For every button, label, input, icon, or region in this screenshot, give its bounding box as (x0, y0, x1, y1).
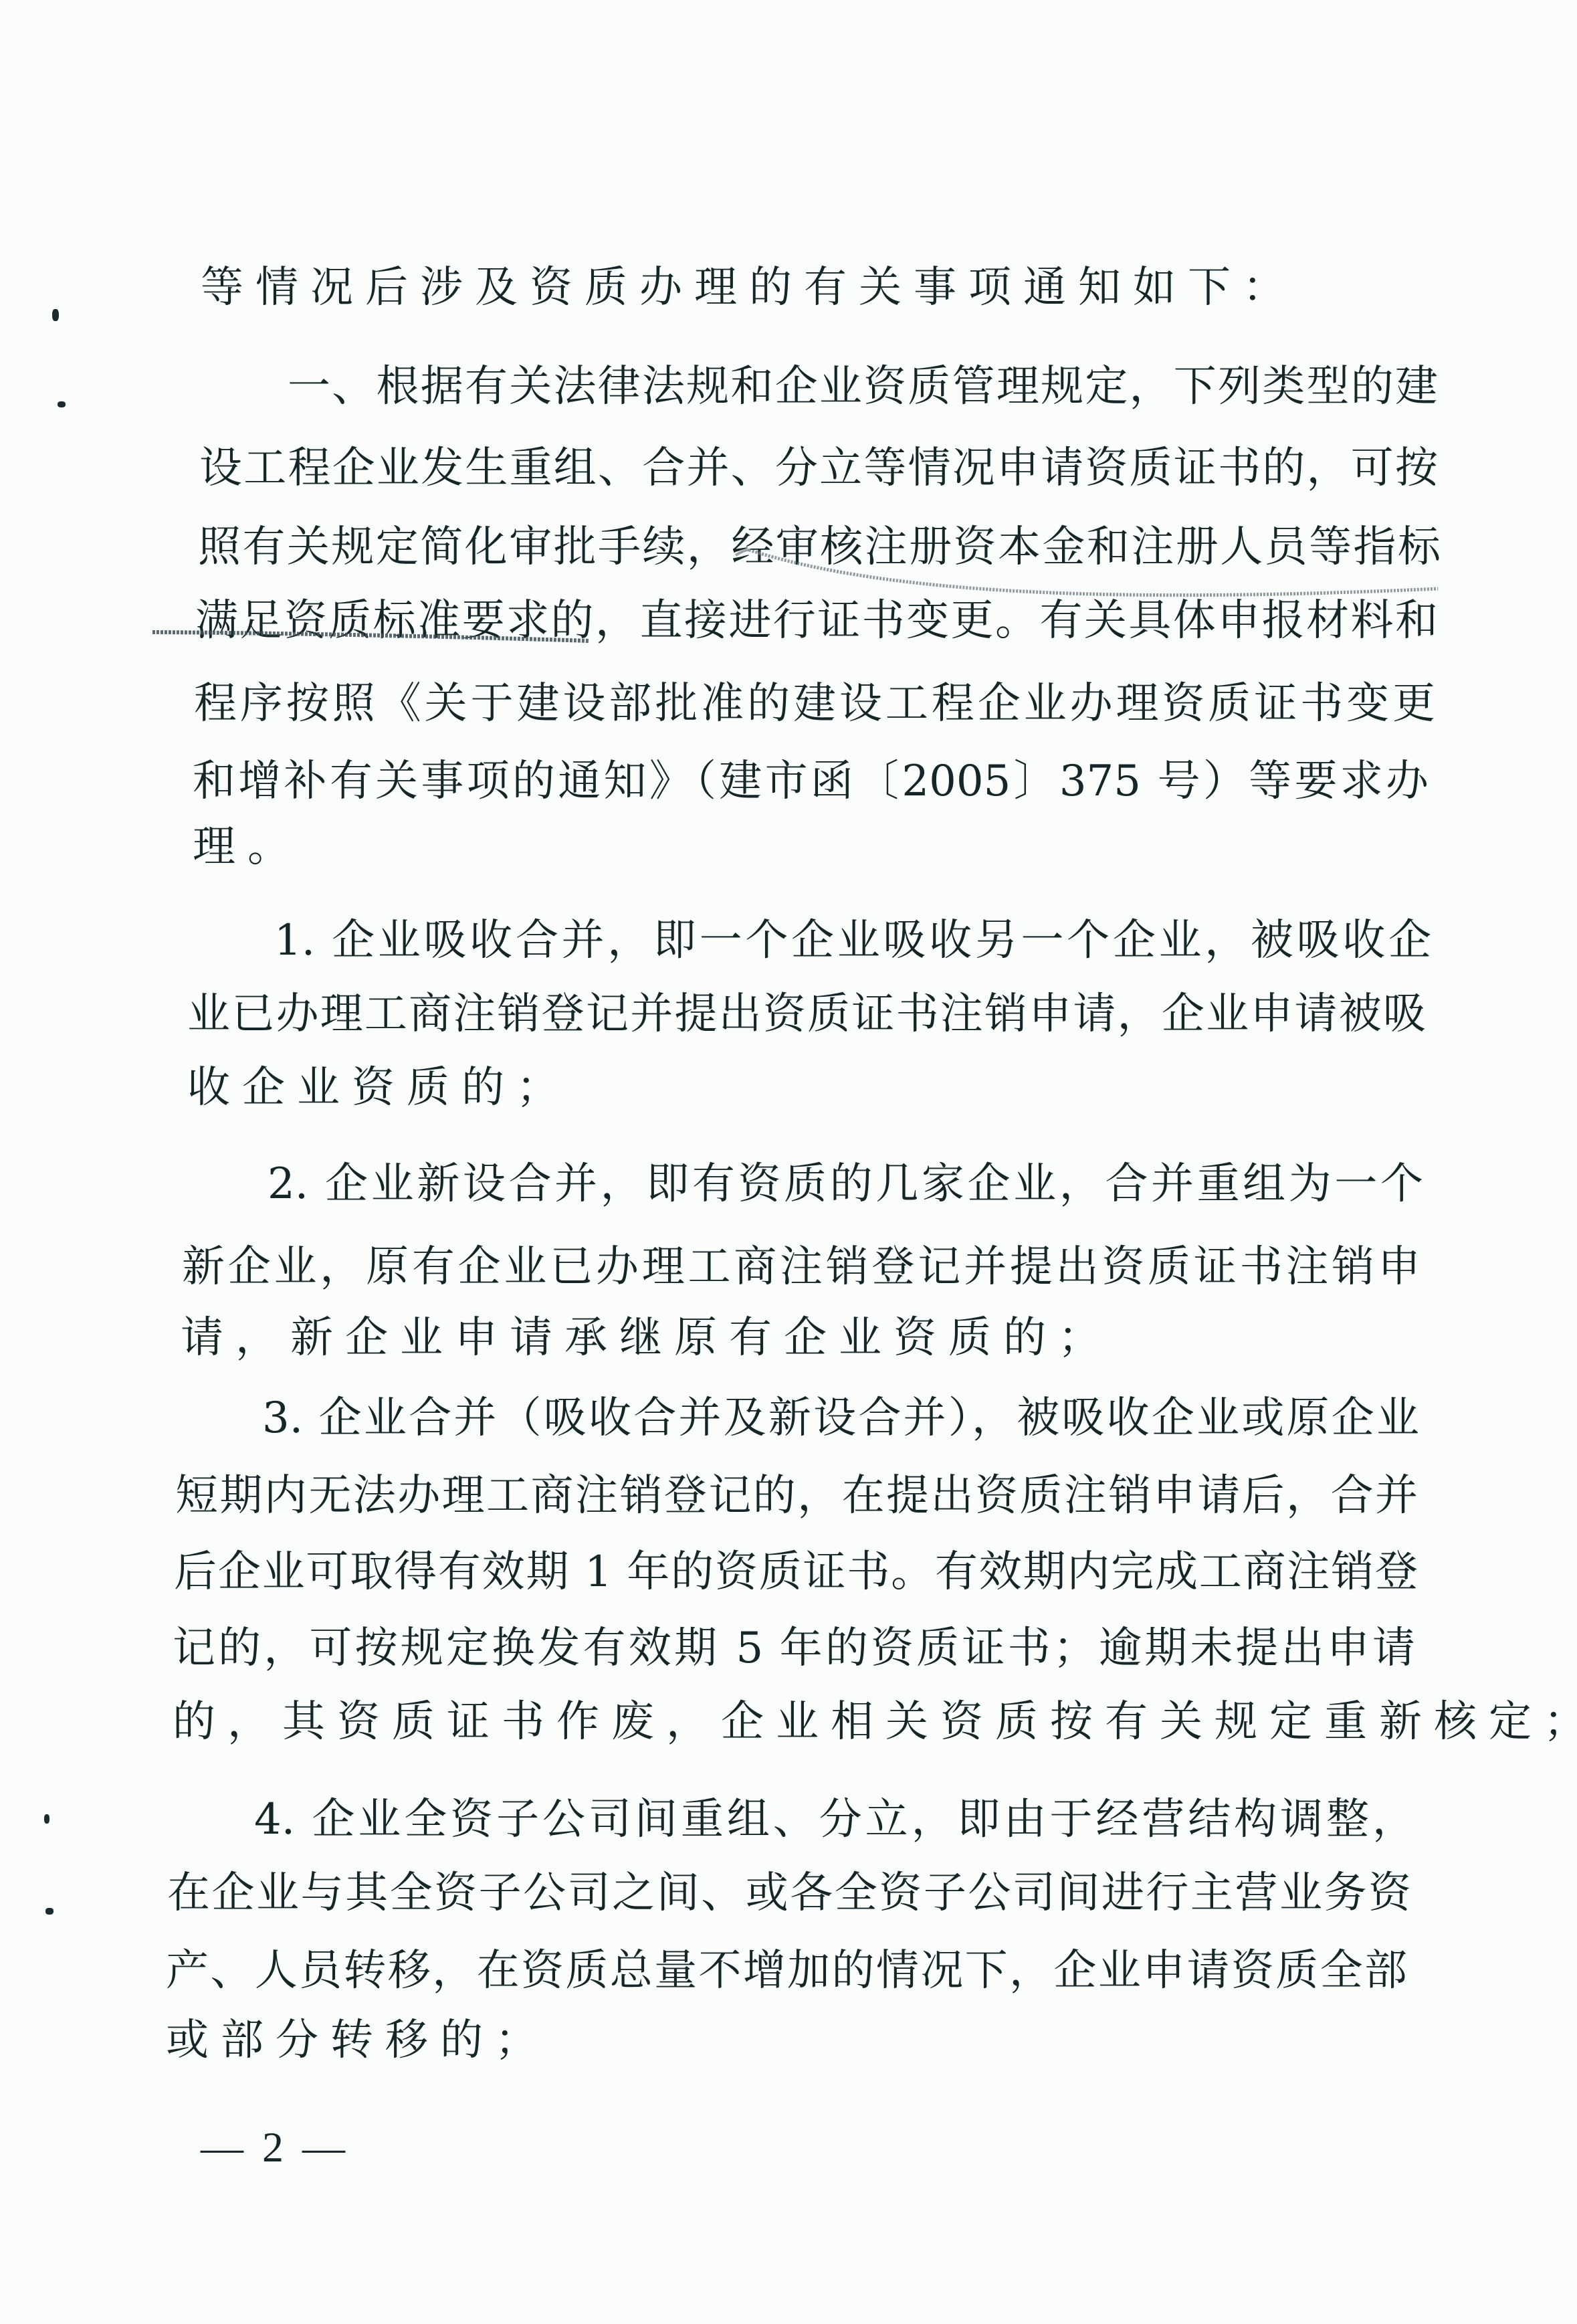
section-1-line: 设工程企业发生重组、合并、分立等情况申请资质证书的，可按 (199, 442, 1438, 495)
section-1-line: 程序按照《关于建设部批准的建设工程企业办理资质证书变更 (194, 677, 1435, 731)
item-3-line: 短期内无法办理工商注销登记的，在提出资质注销申请后，合并 (175, 1469, 1418, 1523)
item-3-line: 3. 企业合并（吸收合并及新设合并），被吸收企业或原企业 (262, 1391, 1419, 1445)
item-1-line: 1. 企业吸收合并，即一个企业吸收另一个企业，被吸收企 (274, 914, 1431, 967)
item-3-line: 后企业可取得有效期 1 年的资质证书。有效期内完成工商注销登 (174, 1545, 1418, 1599)
item-2-line: 请，新企业申请承继原有企业资质的； (181, 1311, 1113, 1365)
item-3-line: 记的，可按规定换发有效期 5 年的资质证书；逾期未提出申请 (173, 1622, 1415, 1675)
item-4-line: 4. 企业全资子公司间重组、分立，即由于经营结构调整， (254, 1793, 1415, 1846)
section-1-line: 照有关规定简化审批手续，经审核注册资本金和注册人员等指标 (198, 520, 1441, 574)
margin-speck (45, 1908, 54, 1915)
page-number: — 2 — (201, 2121, 349, 2174)
margin-speck (44, 1814, 49, 1824)
item-3-line: 的，其资质证书作废，企业相关资质按有关规定重新核定； (173, 1695, 1577, 1749)
scanned-document-page: 等情况后涉及资质办理的有关事项通知如下： 一、根据有关法律法规和企业资质管理规定… (0, 0, 1577, 2324)
item-4-line: 产、人员转移，在资质总量不增加的情况下，企业申请资质全部 (166, 1944, 1407, 1998)
margin-speck (58, 401, 66, 407)
section-1-line: 一、根据有关法律法规和企业资质管理规定，下列类型的建 (288, 360, 1438, 413)
item-4-line: 或部分转移的； (166, 2014, 550, 2067)
item-4-line: 在企业与其全资子公司之间、或各全资子公司间进行主营业务资 (167, 1866, 1411, 1920)
item-2-line: 新企业，原有企业已办理工商注销登记并提出资质证书注销申 (182, 1240, 1421, 1294)
section-1-line: 满足资质标准要求的，直接进行证书变更。有关具体申报材料和 (195, 594, 1438, 648)
intro-line: 等情况后涉及资质办理的有关事项通知如下： (201, 261, 1297, 314)
section-1-line: 和增补有关事项的通知》（建市函〔2005〕375 号）等要求办 (193, 755, 1429, 808)
item-1-line: 收企业资质的； (187, 1061, 571, 1115)
item-2-line: 2. 企业新设合并，即有资质的几家企业，合并重组为一个 (268, 1157, 1423, 1211)
section-1-line: 理。 (193, 820, 302, 874)
item-1-line: 业已办理工商注销登记并提出资质证书注销申请，企业申请被吸 (187, 987, 1426, 1041)
margin-speck (52, 309, 59, 321)
